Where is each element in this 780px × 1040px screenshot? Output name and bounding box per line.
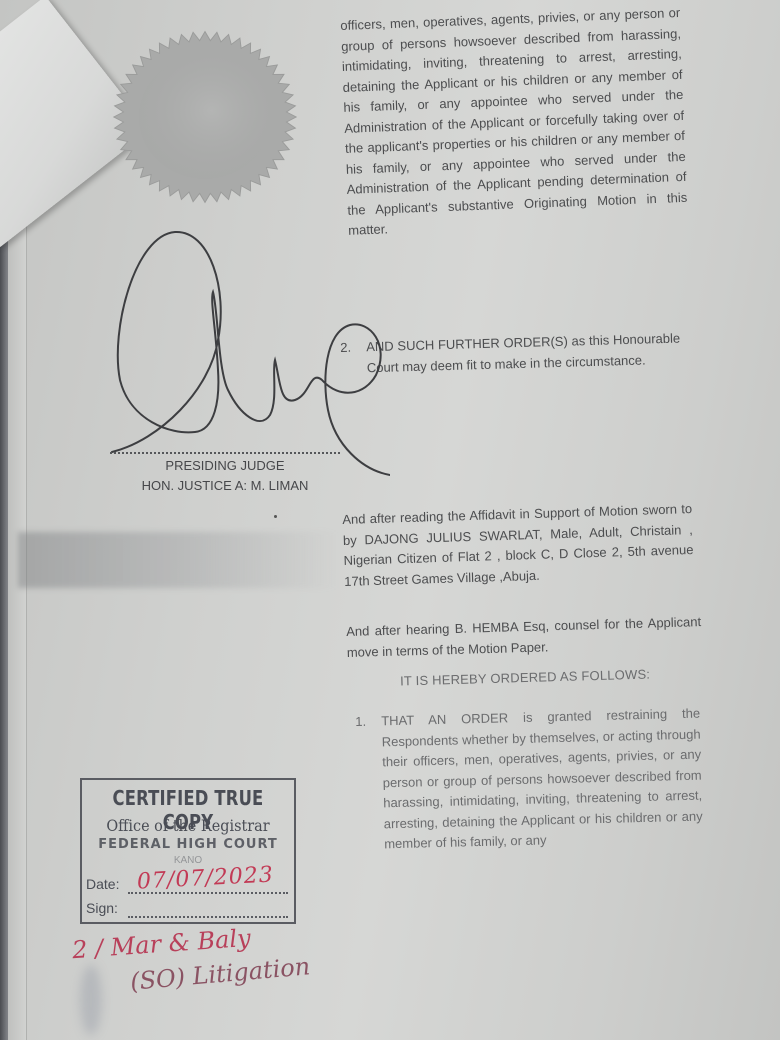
stamp-date-value: 07/07/2023 [136,862,274,894]
order-text: THAT AN ORDER is granted restraining the… [381,704,703,855]
stamp-date-label: Date: [86,876,119,892]
prayer-2: 2. AND SUCH FURTHER ORDER(S) as this Hon… [340,329,681,379]
stamp-office: Office of the Registrar [93,816,284,835]
prayer-text: AND SUCH FURTHER ORDER(S) as this Honour… [366,329,681,379]
signature-line [110,452,340,454]
ink-smudge [80,965,102,1035]
paragraph-text: officers, men, operatives, agents, privi… [340,3,688,241]
handwritten-note-line1: 2 / Mar & Baly [71,924,251,964]
order-number: 1. [355,711,384,855]
hearing-paragraph: And after hearing B. HEMBA Esq, counsel … [346,612,702,663]
judge-signature [100,220,390,490]
speck [274,515,277,518]
document-page: officers, men, operatives, agents, privi… [0,0,780,1040]
continued-order-paragraph: officers, men, operatives, agents, privi… [340,3,688,241]
handwritten-note-line2: (SO) Litigation [129,952,311,996]
blurred-text-band [18,532,338,588]
affidavit-paragraph: And after reading the Affidavit in Suppo… [342,499,694,592]
stamp-sign-label: Sign: [86,900,118,916]
judge-name: HON. JUSTICE A: M. LIMAN [110,478,340,493]
certified-true-copy-stamp: CERTIFIED TRUE COPY Office of the Regist… [80,778,296,924]
embossed-seal-icon [110,28,300,206]
order-heading: IT IS HEREBY ORDERED AS FOLLOWS: [347,663,702,693]
order-1: 1. THAT AN ORDER is granted restraining … [355,704,703,856]
paragraph-text: And after reading the Affidavit in Suppo… [342,499,694,592]
stamp-court: FEDERAL HIGH COURT [82,837,294,852]
stamp-sign-line [128,916,288,918]
hearing-section: And after hearing B. HEMBA Esq, counsel … [346,612,703,693]
judge-title: PRESIDING JUDGE [110,458,340,473]
